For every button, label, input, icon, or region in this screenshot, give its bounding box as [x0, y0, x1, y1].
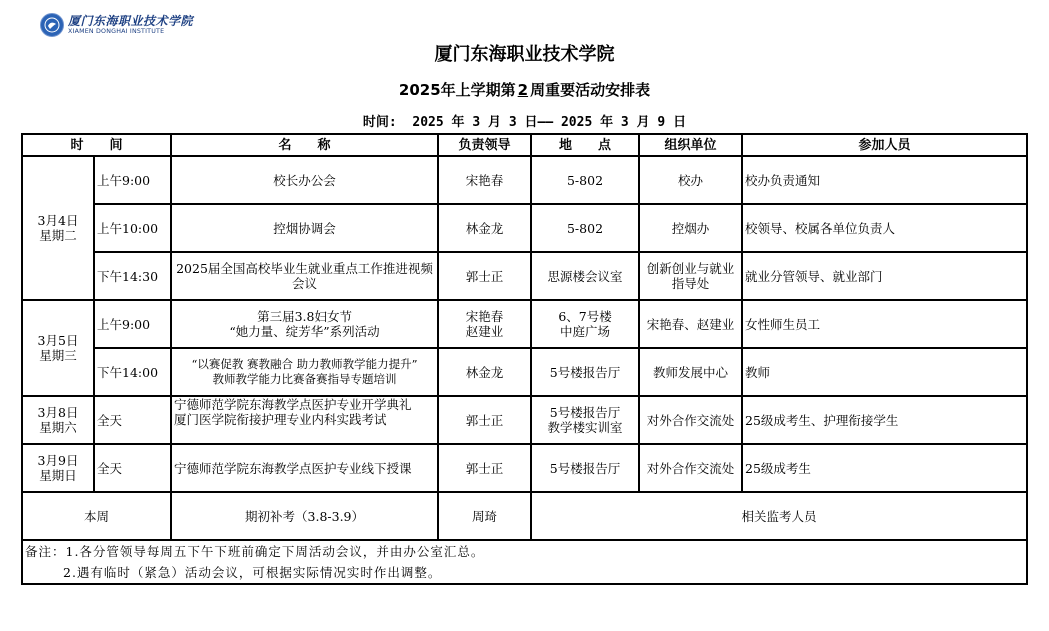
time-cell: 上午10:00 [94, 204, 171, 252]
school-logo: 厦门东海职业技术学院 XIAMEN DONGHAI INSTITUTE [40, 12, 193, 38]
table-row: 上午10:00 控烟协调会 林金龙 5-802 控烟办 校领导、校属各单位负责人 [22, 204, 1027, 252]
leader-cell: 郭士正 [438, 396, 531, 444]
column-header-organizer: 组织单位 [639, 134, 742, 156]
organizer-cell: 宋艳春、赵建业 [639, 300, 742, 348]
location-cell: 5-802 [531, 204, 639, 252]
participants-cell: 就业分管领导、就业部门 [742, 252, 1027, 300]
logo-name-en: XIAMEN DONGHAI INSTITUTE [68, 29, 193, 35]
organizer-cell: 控烟办 [639, 204, 742, 252]
column-header-name: 名 称 [171, 134, 438, 156]
participants-cell: 教师 [742, 348, 1027, 396]
time-cell: 上午9:00 [94, 300, 171, 348]
participants-cell: 25级成考生 [742, 444, 1027, 492]
leader-cell: 郭士正 [438, 444, 531, 492]
document-subtitle: 2025年上学期第2周重要活动安排表 [0, 79, 1049, 100]
participants-cell: 女性师生员工 [742, 300, 1027, 348]
table-row: 下午14:30 2025届全国高校毕业生就业重点工作推进视频会议 郭士正 思源楼… [22, 252, 1027, 300]
event-name-cell: 控烟协调会 [171, 204, 438, 252]
time-cell: 下午14:00 [94, 348, 171, 396]
location-cell: 5号楼报告厅 [531, 348, 639, 396]
organizer-cell: 校办 [639, 156, 742, 204]
date-cell: 3月8日 星期六 [22, 396, 94, 444]
activity-schedule-table: 时 间 名 称 负责领导 地 点 组织单位 参加人员 3月4日 星期二 上午9:… [21, 133, 1028, 585]
column-header-leader: 负责领导 [438, 134, 531, 156]
subtitle-prefix: 2025年上学期第 [399, 81, 516, 99]
time-cell: 全天 [94, 444, 171, 492]
weekly-label-cell: 本周 [22, 492, 171, 540]
date-range: 时间: 2025 年 3 月 3 日—— 2025 年 3 月 9 日 [0, 111, 1049, 130]
logo-name-cn: 厦门东海职业技术学院 [68, 15, 193, 27]
location-cell: 思源楼会议室 [531, 252, 639, 300]
leader-cell: 林金龙 [438, 204, 531, 252]
table-row: 3月8日 星期六 全天 宁德师范学院东海教学点医护专业开学典礼 厦门医学院衔接护… [22, 396, 1027, 444]
event-name-cell: 2025届全国高校毕业生就业重点工作推进视频会议 [171, 252, 438, 300]
location-cell: 5号楼报告厅 [531, 444, 639, 492]
week-number: 2 [516, 81, 530, 99]
event-name-cell: 校长办公会 [171, 156, 438, 204]
weekly-name-cell: 期初补考（3.8-3.9） [171, 492, 438, 540]
table-row: 3月9日 星期日 全天 宁德师范学院东海教学点医护专业线下授课 郭士正 5号楼报… [22, 444, 1027, 492]
table-row: 下午14:00 “以赛促教 赛教融合 助力教师教学能力提升” 教师教学能力比赛备… [22, 348, 1027, 396]
table-row: 3月4日 星期二 上午9:00 校长办公会 宋艳春 5-802 校办 校办负责通… [22, 156, 1027, 204]
leader-cell: 宋艳春 [438, 156, 531, 204]
event-name-cell: 第三届3.8妇女节 “她力量、绽芳华”系列活动 [171, 300, 438, 348]
column-header-time: 时 间 [22, 134, 171, 156]
event-name-text: 宁德师范学院东海教学点医护专业开学典礼 厦门医学院衔接护理专业内科实践考试 [174, 397, 435, 443]
leader-cell: 宋艳春 赵建业 [438, 300, 531, 348]
event-name-cell: “以赛促教 赛教融合 助力教师教学能力提升” 教师教学能力比赛备赛指导专题培训 [171, 348, 438, 396]
location-cell: 5-802 [531, 156, 639, 204]
leader-cell: 郭士正 [438, 252, 531, 300]
date-cell: 3月9日 星期日 [22, 444, 94, 492]
note-line-1: 备注：1.各分管领导每周五下午下班前确定下周活动会议，并由办公室汇总。 [22, 540, 1027, 562]
notes-row: 2.遇有临时（紧急）活动会议，可根据实际情况实时作出调整。 [22, 562, 1027, 584]
note-line-2: 2.遇有临时（紧急）活动会议，可根据实际情况实时作出调整。 [22, 562, 1027, 584]
table-row: 3月5日 星期三 上午9:00 第三届3.8妇女节 “她力量、绽芳华”系列活动 … [22, 300, 1027, 348]
school-emblem-icon [40, 13, 64, 37]
subtitle-suffix: 周重要活动安排表 [530, 81, 650, 99]
weekly-participants-cell: 相关监考人员 [531, 492, 1027, 540]
participants-cell: 校办负责通知 [742, 156, 1027, 204]
organizer-cell: 创新创业与就业指导处 [639, 252, 742, 300]
leader-cell: 林金龙 [438, 348, 531, 396]
weekly-leader-cell: 周琦 [438, 492, 531, 540]
notes-row: 备注：1.各分管领导每周五下午下班前确定下周活动会议，并由办公室汇总。 [22, 540, 1027, 562]
event-name-cell: 宁德师范学院东海教学点医护专业线下授课 [171, 444, 438, 492]
date-cell: 3月5日 星期三 [22, 300, 94, 396]
time-cell: 全天 [94, 396, 171, 444]
participants-cell: 校领导、校属各单位负责人 [742, 204, 1027, 252]
event-name-cell: 宁德师范学院东海教学点医护专业开学典礼 厦门医学院衔接护理专业内科实践考试 [171, 396, 438, 444]
participants-cell: 25级成考生、护理衔接学生 [742, 396, 1027, 444]
date-cell: 3月4日 星期二 [22, 156, 94, 300]
organizer-cell: 教师发展中心 [639, 348, 742, 396]
organizer-cell: 对外合作交流处 [639, 444, 742, 492]
column-header-participants: 参加人员 [742, 134, 1027, 156]
time-cell: 上午9:00 [94, 156, 171, 204]
organizer-cell: 对外合作交流处 [639, 396, 742, 444]
location-cell: 5号楼报告厅 教学楼实训室 [531, 396, 639, 444]
time-cell: 下午14:30 [94, 252, 171, 300]
weekly-row: 本周 期初补考（3.8-3.9） 周琦 相关监考人员 [22, 492, 1027, 540]
location-cell: 6、7号楼 中庭广场 [531, 300, 639, 348]
column-header-location: 地 点 [531, 134, 639, 156]
table-header-row: 时 间 名 称 负责领导 地 点 组织单位 参加人员 [22, 134, 1027, 156]
document-title: 厦门东海职业技术学院 [0, 40, 1049, 66]
